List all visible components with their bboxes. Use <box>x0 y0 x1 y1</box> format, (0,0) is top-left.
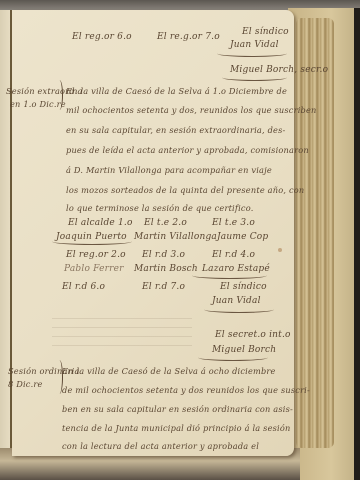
entry2-line-2: de mil ochocientos setenta y dos reunido… <box>62 385 310 395</box>
frame-shadow <box>354 8 360 480</box>
sig-title-regidor-3: El r.d 3.o <box>142 250 185 260</box>
margin-note-2b: 8 Dic.re <box>8 379 43 389</box>
sig-title-alcalde: El alcalde 1.o <box>68 218 133 228</box>
entry1-line-7: lo que terminose la sesión de que certif… <box>66 203 254 213</box>
margin-note-1b: en 1.o Dic.re <box>10 99 66 109</box>
entry1-line-4: pues de leída el acta anterior y aprobad… <box>66 145 309 155</box>
entry2-line-3: ben en su sala capitular en sesión ordin… <box>62 404 293 414</box>
sig-name-regidor-3: Martin Bosch <box>134 264 198 274</box>
facing-page-edge <box>0 10 12 480</box>
entry1-line-1: En la villa de Caesó de la Selva á 1.o D… <box>66 86 287 96</box>
sig-title-teniente-3: El t.e 3.o <box>212 218 255 228</box>
entry1-line-6: los mozos sorteados de la quinta del pre… <box>66 185 304 195</box>
entry1-line-3: en su sala capitular, en sesión extraord… <box>66 125 285 135</box>
header-sindico-title: El síndico <box>242 27 289 37</box>
sig-title-regidor-6: El r.d 6.o <box>62 282 105 292</box>
sig-title-teniente-2: El t.e 2.o <box>144 218 187 228</box>
signature-flourish <box>52 238 132 245</box>
sig-title-regidor-7: El r.d 7.o <box>142 282 185 292</box>
sig-name-teniente-3: Jaume Cop <box>217 232 268 242</box>
signature-flourish <box>192 272 267 279</box>
sig-title-regidor-4: El r.d 4.o <box>212 250 255 260</box>
sig-title-regidor-2: El reg.or 2.o <box>66 250 126 260</box>
entry2-line-4: tencia de la Junta municipal dió princip… <box>62 423 290 433</box>
ink-bleed-through <box>52 310 192 350</box>
sig-name-regidor-2: Pablo Ferrer <box>64 264 124 274</box>
header-sindico-name: Juan Vidal <box>230 40 279 50</box>
entry2-line-1: En la villa de Caesó de la Selva á ocho … <box>62 366 276 376</box>
entry1-line-2: mil ochocientos setenta y dos, reunidos … <box>66 105 316 115</box>
sig-title-sindico: El síndico <box>220 282 267 292</box>
signature-flourish <box>198 354 268 361</box>
entry1-line-5: á D. Martin Vilallonga para acompañar en… <box>66 165 272 175</box>
paper-stain <box>278 248 282 252</box>
manuscript-page: El reg.or 6.o El re.g.or 7.o El síndico … <box>12 10 294 456</box>
header-regidor-7: El re.g.or 7.o <box>157 32 220 42</box>
page-stack-edges <box>296 18 334 448</box>
header-regidor-6: El reg.or 6.o <box>72 32 132 42</box>
sig-name-sindico: Juan Vidal <box>212 296 261 306</box>
signature-flourish <box>217 50 287 57</box>
sig-title-secretary: El secret.o int.o <box>215 330 291 340</box>
signature-flourish <box>204 306 274 313</box>
entry2-line-5: con la lectura del acta anterior y aprob… <box>62 441 259 451</box>
sig-name-teniente-2: Martin Vilallonga <box>134 232 217 242</box>
signature-flourish <box>222 74 287 81</box>
